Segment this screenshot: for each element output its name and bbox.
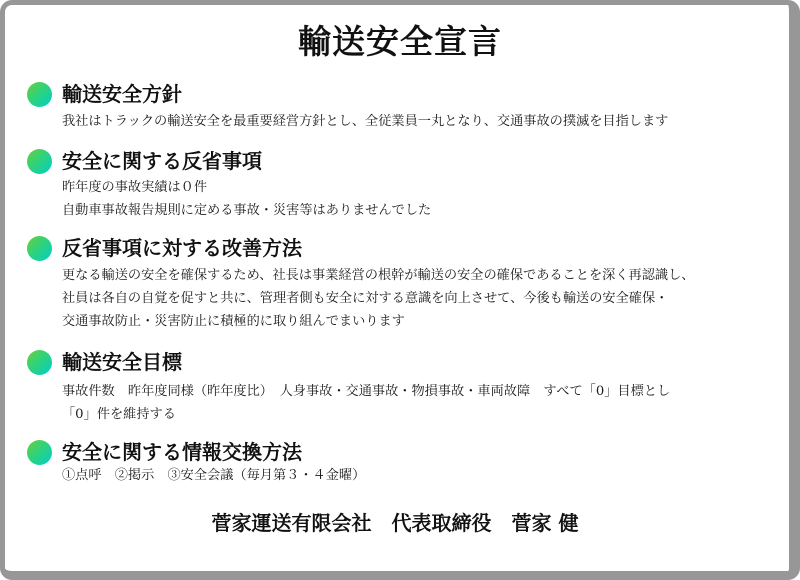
section-body: ①点呼 ②掲示 ③安全会議（毎月第３・４金曜） bbox=[62, 464, 365, 487]
bullet-circle-icon bbox=[27, 82, 52, 107]
body-line: ①点呼 ②掲示 ③安全会議（毎月第３・４金曜） bbox=[62, 464, 365, 487]
page-title: 輸送安全宣言 bbox=[0, 20, 800, 64]
section-heading: 安全に関する反省事項 bbox=[62, 147, 262, 175]
body-line: 昨年度の事故実績は０件 bbox=[62, 176, 431, 199]
body-line: 我社はトラックの輸送安全を最重要経営方針とし、全従業員一丸となり、交通事故の撲滅… bbox=[62, 110, 668, 133]
bullet-circle-icon bbox=[27, 350, 52, 375]
body-line: 社員は各自の自覚を促すと共に、管理者側も安全に対する意識を向上させて、今後も輸送… bbox=[62, 287, 694, 310]
signature: 菅家運送有限会社 代表取締役 菅家 健 bbox=[0, 508, 790, 538]
body-line: 「0」件を維持する bbox=[62, 403, 670, 426]
body-line: 更なる輸送の安全を確保するため、社長は事業経営の根幹が輸送の安全の確保であること… bbox=[62, 264, 694, 287]
bullet-circle-icon bbox=[27, 149, 52, 174]
body-line: 自動車事故報告規則に定める事故・災害等はありませんでした bbox=[62, 199, 431, 222]
bullet-circle-icon bbox=[27, 440, 52, 465]
body-line: 事故件数 昨年度同様（昨年度比） 人身事故・交通事故・物損事故・車両故障 すべて… bbox=[62, 380, 670, 403]
section-heading: 輸送安全方針 bbox=[62, 80, 182, 108]
body-line: 交通事故防止・災害防止に積極的に取り組んでまいります bbox=[62, 310, 694, 333]
section-heading: 輸送安全目標 bbox=[62, 348, 182, 376]
bullet-circle-icon bbox=[27, 236, 52, 261]
section-body: 事故件数 昨年度同様（昨年度比） 人身事故・交通事故・物損事故・車両故障 すべて… bbox=[62, 380, 670, 426]
section-heading: 反省事項に対する改善方法 bbox=[62, 234, 302, 262]
section-body: 昨年度の事故実績は０件 自動車事故報告規則に定める事故・災害等はありませんでした bbox=[62, 176, 431, 222]
section-heading: 安全に関する情報交換方法 bbox=[62, 438, 302, 466]
section-body: 我社はトラックの輸送安全を最重要経営方針とし、全従業員一丸となり、交通事故の撲滅… bbox=[62, 110, 668, 133]
section-body: 更なる輸送の安全を確保するため、社長は事業経営の根幹が輸送の安全の確保であること… bbox=[62, 264, 694, 333]
